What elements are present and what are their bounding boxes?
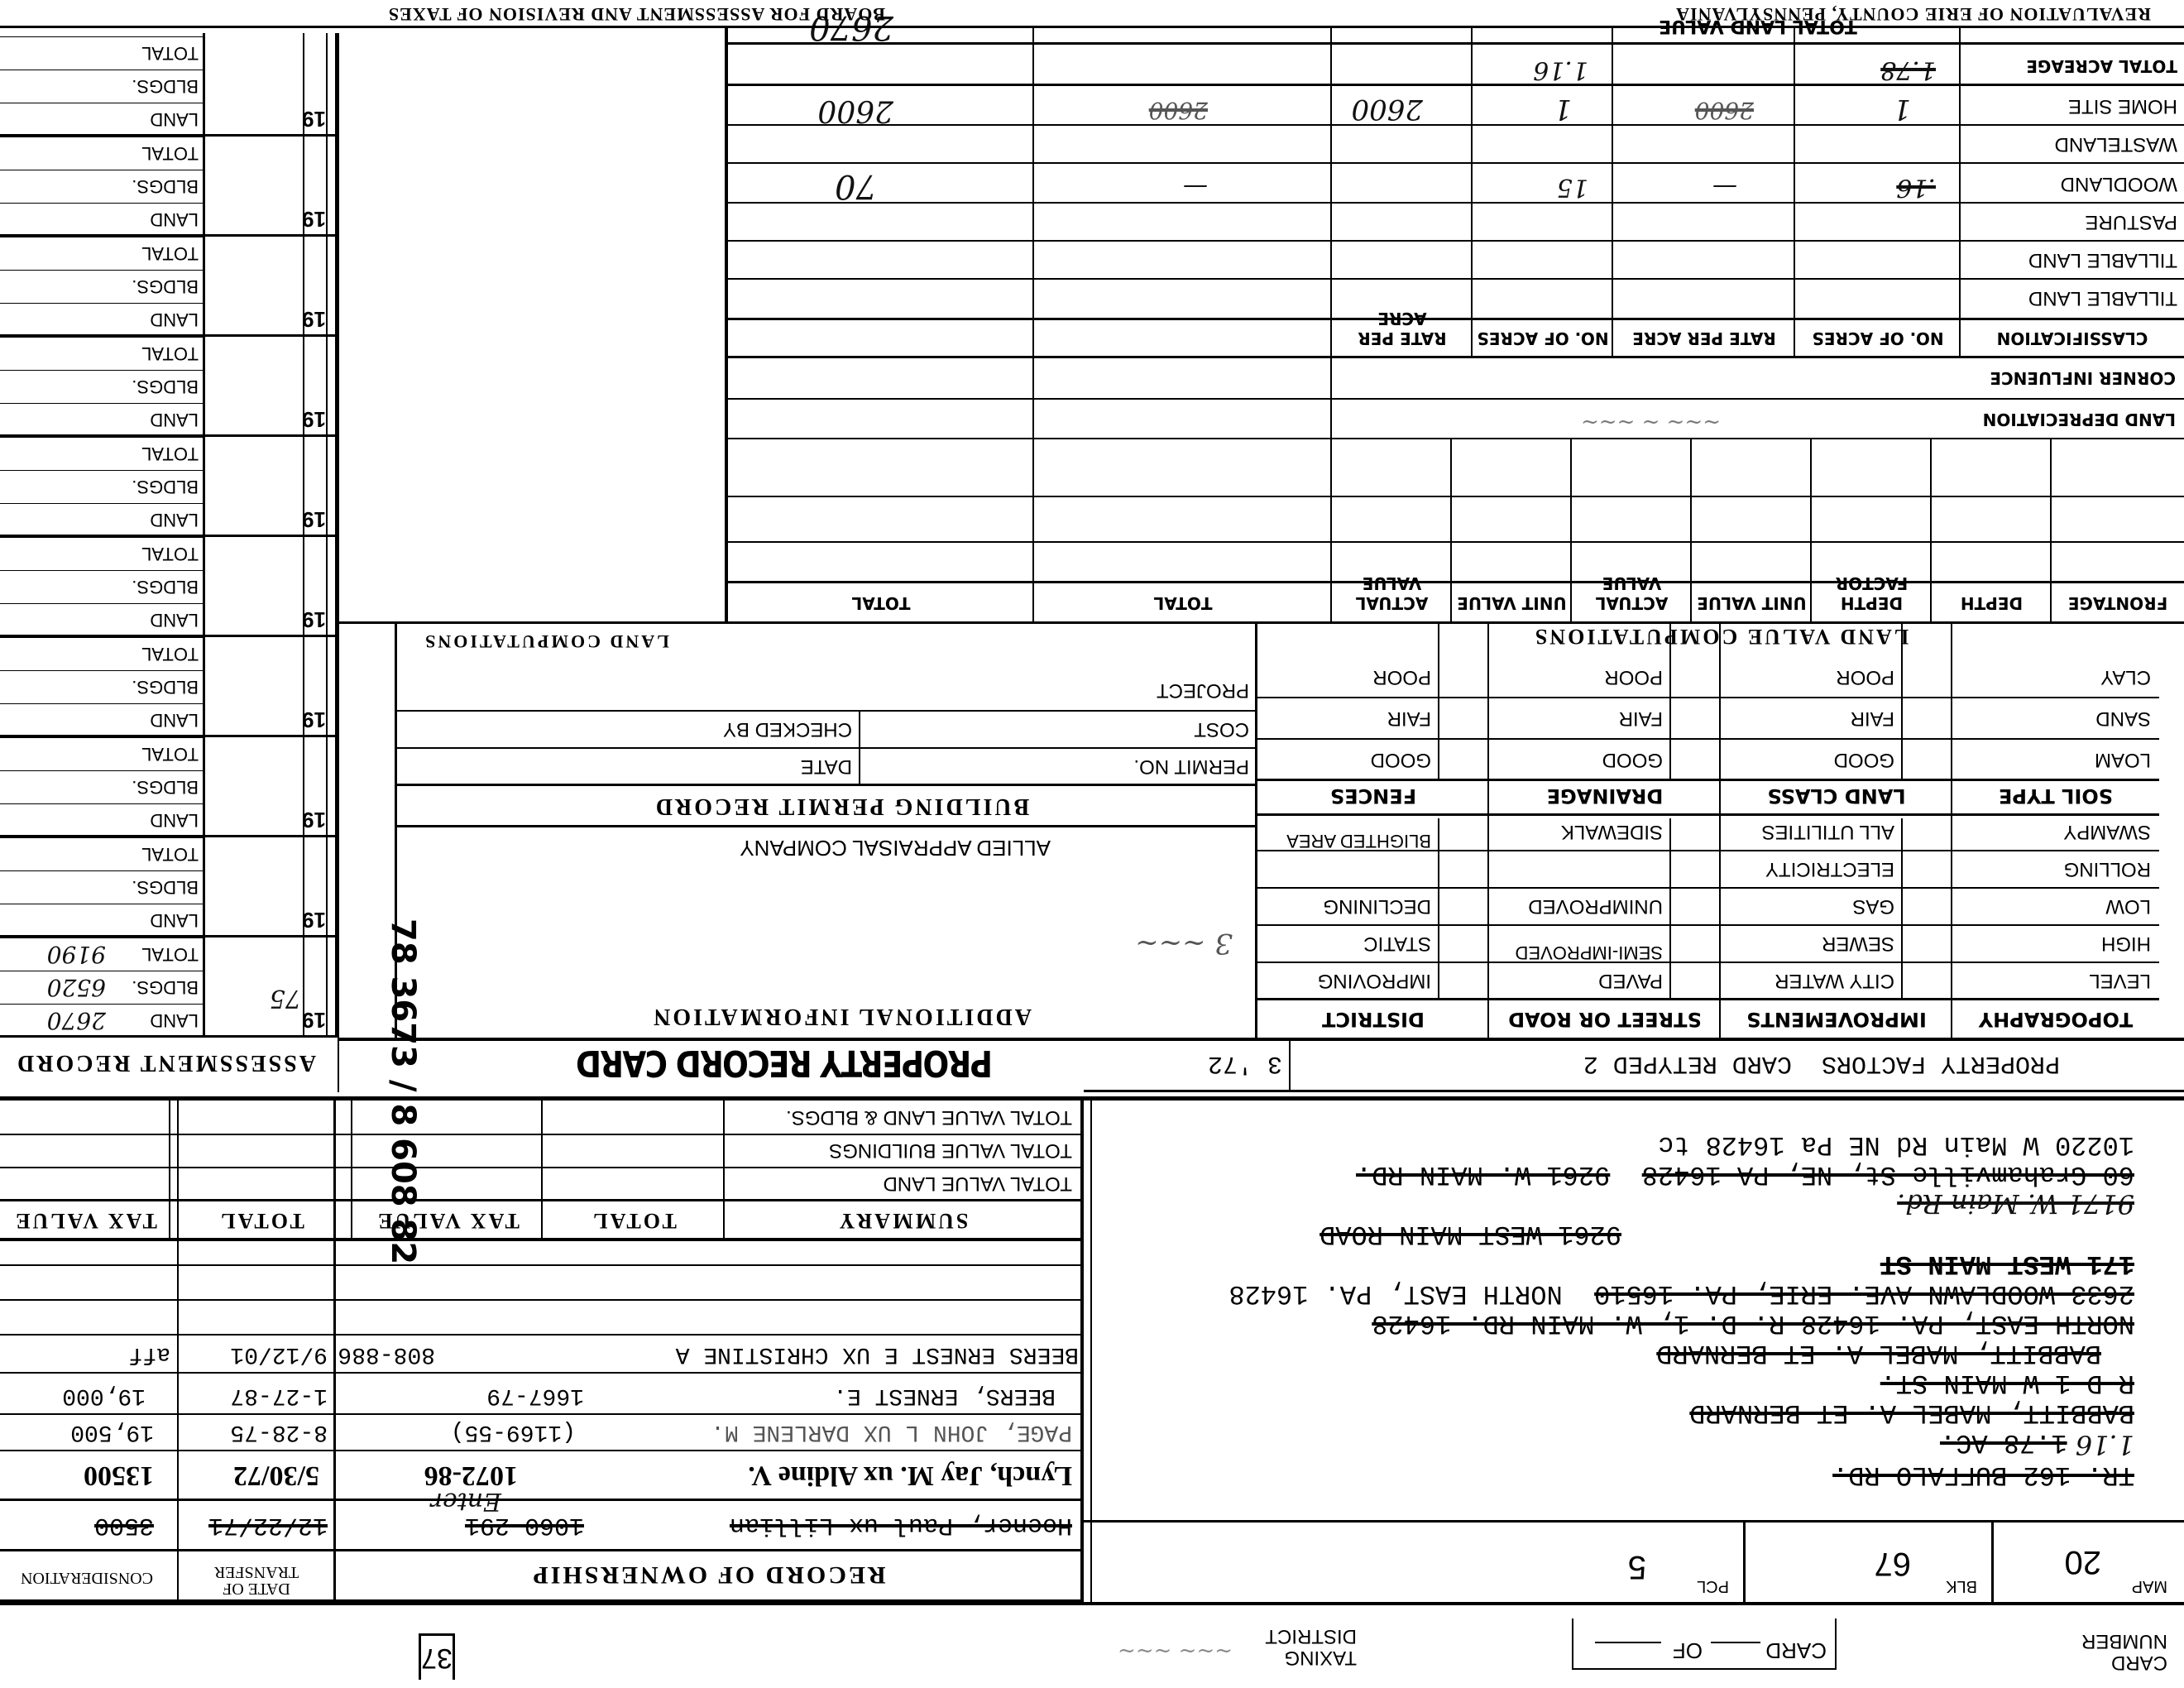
woodland-acres-2: 15 [1557, 173, 1588, 202]
assessment-label-bldgs: BLDGS. [132, 976, 199, 998]
assessment-label-land: LAND [150, 108, 199, 130]
factor-declining[interactable]: DECLINING [1323, 894, 1431, 918]
owner-date: 9/12/01 [230, 1341, 328, 1367]
year-prefix: 19 [302, 707, 326, 732]
owner-consideration: 19,000 [62, 1383, 146, 1408]
assessment-label-bldgs: BLDGS. [132, 476, 199, 497]
pcl-value: 5 [1628, 1548, 1646, 1585]
drainage-fair[interactable]: FAIR [1619, 707, 1663, 730]
summary-header: TAX VALUE [0, 1208, 170, 1233]
summary-row-label: TOTAL VALUE LAND [883, 1172, 1072, 1195]
handwritten-note: 3 ~~~ [1135, 927, 1233, 960]
address-line: 171 WEST MAIN ST [1092, 1249, 2134, 1278]
year-prefix: 19 [302, 406, 326, 432]
assessment-stamp: 78 3673 / 8 608 82 [384, 918, 422, 1264]
assessment-label-total: TOTAL [141, 42, 199, 64]
drainage-good[interactable]: GOOD [1602, 748, 1663, 771]
fences-fair[interactable]: FAIR [1387, 707, 1431, 730]
blk-label: BLK [1946, 1576, 1977, 1595]
address-line: NORTH EAST, PA. 16428 R. D. 1, W. MAIN R… [1092, 1308, 2134, 1338]
assessment-year-block: 19LANDBLDGS.TOTAL [0, 637, 338, 737]
home-site-total-struck: 2600 [1149, 97, 1208, 124]
owner-date: 12/22/71 [208, 1511, 328, 1539]
factor-improving[interactable]: IMPROVING [1318, 969, 1431, 992]
col-fences: FENCES [1257, 784, 1489, 808]
col-drainage: DRAINAGE [1489, 784, 1721, 808]
home-site-acres: 1 [1893, 93, 1911, 126]
factor-all-utilities[interactable]: ALL UTILITIES [1762, 820, 1895, 843]
owner-date: 5/30/72 [233, 1460, 319, 1491]
assessment-year-block: 19LANDBLDGS.TOTAL [0, 137, 338, 237]
owner-deed: 808-886 [338, 1341, 435, 1367]
land-class-poor[interactable]: POOR [1836, 665, 1894, 688]
year-prefix: 19 [302, 1007, 326, 1033]
faded-district-stamp: ~~~ ~~~ [1118, 1638, 1233, 1663]
appraisal-company: ALLIED APPRAISAL COMPANY [740, 835, 1051, 861]
assessment-label-bldgs: BLDGS. [132, 376, 199, 397]
owner-consideration: 13500 [84, 1460, 154, 1491]
owner-date: 8-28-75 [230, 1419, 328, 1445]
owner-consideration: 19,500 [70, 1419, 154, 1445]
year-prefix: 19 [302, 807, 326, 832]
map-label: MAP [2132, 1576, 2167, 1595]
property-factors-label: PROPERTY FACTORS [1822, 1049, 2060, 1077]
property-record-card-title: PROPERTY RECORD CARD [577, 1042, 993, 1084]
assessment-label-land: LAND [150, 509, 199, 530]
additional-info-label: ADDITIONAL INFORMATION [428, 1003, 1255, 1029]
assessment-label-land: LAND [150, 909, 199, 931]
factor-swampy[interactable]: SWAMPY [2063, 820, 2151, 843]
factor-high[interactable]: HIGH [2101, 932, 2151, 955]
assessment-label-land: LAND [150, 409, 199, 430]
assessment-land-value: 2670 [47, 1007, 106, 1034]
assessment-year-block: 19LANDBLDGS.TOTAL [0, 537, 338, 637]
assessment-year-block: 19LANDBLDGS.TOTAL [0, 737, 338, 837]
col-no-of-acres-2: NO. OF ACRES [1473, 328, 1613, 348]
district-code-box: 37 [419, 1633, 455, 1680]
assessment-label-total: TOTAL [141, 943, 199, 965]
owner-deed: 1072-86 [424, 1460, 518, 1491]
card-total-blank[interactable] [1595, 1642, 1661, 1643]
col-topography: TOPOGRAPHY [1952, 1008, 2159, 1031]
assessment-year-block: 1975LANDBLDGS.TOTAL267065209190 [0, 938, 338, 1038]
factor-sewer[interactable]: SEWER [1822, 932, 1894, 955]
address-line: BABBITT, MABEL A. ET BERNARD [1092, 1338, 2134, 1368]
address-line: 1.16 1.78 AC. [1092, 1427, 2134, 1460]
fences-good[interactable]: GOOD [1371, 748, 1431, 771]
consideration-label: CONSIDERATION [0, 1568, 174, 1587]
owner-deed: (1169-55) [451, 1419, 576, 1445]
home-site-rate-struck: 2600 [1695, 97, 1754, 124]
checked-by-label: CHECKED BY [723, 717, 852, 741]
owner-name: PAGE, JOHN L UX DARLENE M. [711, 1419, 1072, 1445]
assessment-year-block: 19LANDBLDGS.TOTAL [0, 437, 338, 537]
assessment-total-value: 9190 [47, 941, 106, 968]
corner-influence-label: CORNER INFLUENCE [1990, 368, 2176, 388]
faded-depreciation-note: ~~~ ~ ~~~ [1581, 410, 1721, 434]
year-prefix: 19 [302, 506, 326, 532]
home-site-acres-2: 1 [1554, 93, 1572, 126]
board-title: BOARD FOR ASSESSMENT AND REVISION OF TAX… [388, 3, 885, 25]
home-site-rate: 2600 [1351, 93, 1423, 126]
land-class-fair[interactable]: FAIR [1851, 707, 1894, 730]
assessment-label-total: TOTAL [141, 242, 199, 264]
assessment-label-bldgs: BLDGS. [132, 276, 199, 297]
year-prefix: 19 [302, 907, 326, 933]
year-stamp: 75 [270, 984, 301, 1013]
factor-low[interactable]: LOW [2105, 894, 2151, 918]
county-title: REVALUATION OF ERIE COUNTY, PENNSYLVANIA [1675, 3, 2151, 25]
assessment-label-total: TOTAL [141, 843, 199, 865]
summary-row-label: TOTAL VALUE LAND & BLDGS. [786, 1105, 1072, 1129]
col-total-2: TOTAL [728, 593, 1034, 613]
year-prefix: 19 [302, 306, 326, 332]
address-line: TR. 162 BUFFALO RD. [1092, 1460, 2134, 1489]
pcl-label: PCL [1697, 1576, 1729, 1595]
retyped-date: 3 '72 [1208, 1049, 1282, 1077]
total-acreage-struck: 1.78 [1880, 55, 1936, 84]
classification-rows: TILLABLE LAND TILLABLE LAND PASTURE WOOD… [728, 36, 2184, 318]
summary-header: TOTAL [170, 1208, 352, 1233]
col-unit-value-2: UNIT VALUE [1452, 593, 1572, 613]
owner-date: 1-27-87 [230, 1383, 328, 1408]
col-land-class: LAND CLASS [1721, 784, 1952, 808]
ownership-title: RECORD OF OWNERSHIP [336, 1561, 1080, 1589]
factor-gas[interactable]: GAS [1852, 894, 1894, 918]
address-line: 9171 W. Main Rd. [1092, 1189, 2134, 1219]
permit-no-label: PERMIT NO. [1133, 755, 1249, 778]
factor-loam[interactable]: LOAM [2095, 748, 2151, 771]
factor-clay[interactable]: CLAY [2100, 665, 2151, 688]
class-tillable-land: TILLABLE LAND [2028, 286, 2177, 309]
col-street-or-road: STREET OR ROAD [1489, 1008, 1721, 1031]
address-line: 60 Grahamville St, NE, PA 16428 9261 W. … [1092, 1159, 2134, 1189]
assessment-label-bldgs: BLDGS. [132, 175, 199, 197]
address-line: BABBITT, MABEL A. ET BERNARD [1092, 1398, 2134, 1427]
card-retyped-label: CARD RETYPED 2 [1583, 1049, 1792, 1077]
col-unit-value: UNIT VALUE [1692, 593, 1812, 613]
property-record-card: CARD NUMBER CARD OF TAXING DISTRICT ~~~ … [0, 0, 2184, 1688]
assessment-bldgs-value: 6520 [47, 974, 106, 1001]
owner-name: BEERS ERNEST E UX CHRISTINE A [676, 1341, 1079, 1367]
year-prefix: 19 [302, 607, 326, 632]
class-total-acreage: TOTAL ACREAGE [2026, 56, 2177, 76]
assessment-label-land: LAND [150, 809, 199, 831]
factor-static[interactable]: STATIC [1363, 932, 1431, 955]
fences-poor[interactable]: POOR [1372, 665, 1431, 688]
factor-city-water[interactable]: CITY WATER [1774, 969, 1894, 992]
assessment-label-land: LAND [150, 609, 199, 631]
factor-level[interactable]: LEVEL [2089, 969, 2151, 992]
property-factors-title: PROPERTY FACTORS CARD RETYPED 2 [1583, 1049, 2060, 1077]
class-woodland: WOODLAND [2061, 172, 2177, 195]
owner-note: Enter [431, 1487, 501, 1516]
owner-consideration: 3500 [94, 1511, 154, 1539]
assessment-label-total: TOTAL [141, 643, 199, 664]
col-rate-per-acre: RATE PER ACRE [1613, 328, 1795, 348]
owner-name: Lynch, Jay M. ux Aldine V. [748, 1460, 1072, 1491]
assessment-label-bldgs: BLDGS. [132, 776, 199, 798]
map-value: 20 [2065, 1543, 2102, 1580]
assessment-label-total: TOTAL [141, 443, 199, 464]
col-improvements: IMPROVEMENTS [1721, 1008, 1952, 1031]
land-value-computations-title: LAND VALUE COMPUTATIONS [1257, 624, 2184, 649]
owner-consideration: aff [129, 1341, 170, 1367]
address-line: 10220 W Main Rd NE Pa 16428 tc [1092, 1129, 2134, 1159]
taxing-district-label: TAXING DISTRICT [1233, 1625, 1357, 1668]
col-classification: CLASSIFICATION [1961, 328, 2184, 348]
factor-electricity[interactable]: ELECTRICITY [1765, 857, 1894, 880]
owner-deed: 1667-79 [486, 1383, 584, 1408]
year-prefix: 19 [302, 206, 326, 232]
summary-row-label: TOTAL VALUE BUILDINGS [829, 1139, 1072, 1162]
woodland-rate: — [1712, 173, 1737, 202]
drainage-poor[interactable]: POOR [1604, 665, 1663, 688]
factor-unimproved[interactable]: UNIMPROVED [1528, 894, 1663, 918]
col-frontage: FRONTAGE [2052, 593, 2184, 613]
permit-date-label: DATE [801, 755, 852, 778]
land-class-good[interactable]: GOOD [1834, 748, 1894, 771]
assessment-label-total: TOTAL [141, 343, 199, 364]
owner-name: BEERS, ERNEST E. [833, 1383, 1056, 1408]
address-line: 9261 WEST MAIN ROAD [1092, 1219, 2134, 1249]
class-wasteland: WASTELAND [2055, 132, 2177, 156]
permit-cost-label: COST [1194, 717, 1249, 741]
assessment-record: 1975LANDBLDGS.TOTAL26706520919019LANDBLD… [0, 33, 338, 1038]
class-home-site: HOME SITE [2068, 94, 2177, 117]
assessment-label-land: LAND [150, 1009, 199, 1031]
date-of-transfer-label: DATE OF TRANSFER [182, 1564, 331, 1597]
address-line: R D 1 W MAIN ST. [1092, 1368, 2134, 1398]
col-no-of-acres: NO. OF ACRES [1795, 328, 1961, 348]
assessment-label-land: LAND [150, 309, 199, 330]
factor-rolling[interactable]: ROLLING [2064, 857, 2151, 880]
col-total: TOTAL [1034, 593, 1332, 613]
total-acreage: 1.16 [1533, 55, 1588, 84]
project-label: PROJECT [1157, 679, 1249, 702]
assessment-label-total: TOTAL [141, 743, 199, 765]
col-depth-factor: DEPTH FACTOR [1812, 573, 1932, 613]
card-number-label: CARD NUMBER [2052, 1615, 2167, 1673]
address-block: TR. 162 BUFFALO RD. 1.16 1.78 AC. BABBIT… [1092, 1129, 2134, 1489]
land-computations-label: LAND COMPUTATIONS [389, 631, 703, 652]
property-factors-grid: TOPOGRAPHY IMPROVEMENTS STREET OR ROAD D… [1249, 624, 2159, 1038]
card-number-blank[interactable] [1711, 1642, 1760, 1643]
assessment-label-bldgs: BLDGS. [132, 75, 199, 97]
summary-header: TOTAL [543, 1208, 725, 1233]
class-pasture: PASTURE [2085, 210, 2177, 233]
class-tillable-land-2: TILLABLE LAND [2028, 248, 2177, 271]
assessment-year-block: 19LANDBLDGS.TOTAL [0, 36, 338, 137]
factor-sidewalk[interactable]: SIDEWALK [1561, 820, 1663, 843]
assessment-label-land: LAND [150, 709, 199, 731]
building-permit-label: BUILDING PERMIT RECORD [428, 793, 1255, 819]
factor-blighted-area[interactable]: BLIGHTED AREA [1282, 832, 1431, 849]
year-prefix: 19 [302, 106, 326, 132]
home-site-total: 2600 [817, 94, 893, 127]
factor-semi-improved[interactable]: SEMI-IMPROVED [1497, 944, 1663, 961]
address-line: 2633 WOODLAWN AVE. ERIE, PA. 16510 NORTH… [1092, 1278, 2134, 1308]
assessment-label-total: TOTAL [141, 543, 199, 564]
assessment-year-block: 19LANDBLDGS.TOTAL [0, 237, 338, 337]
assessment-label-land: LAND [150, 209, 199, 230]
col-actual-value: ACTUAL VALUE [1572, 573, 1692, 613]
assessment-label-bldgs: BLDGS. [132, 676, 199, 698]
col-depth: DEPTH [1932, 593, 2052, 613]
land-depreciation-label: LAND DEPRECIATION [1983, 410, 2176, 429]
assessment-year-block: 19LANDBLDGS.TOTAL [0, 837, 338, 938]
blk-value: 67 [1875, 1545, 1912, 1582]
factor-paved[interactable]: PAVED [1598, 969, 1663, 992]
assessment-record-title: ASSESSMENT RECORD [0, 1049, 331, 1076]
assessment-label-bldgs: BLDGS. [132, 576, 199, 597]
assessment-label-bldgs: BLDGS. [132, 876, 199, 898]
of-label: OF [1673, 1638, 1703, 1663]
col-actual-value-2: ACTUAL VALUE [1332, 573, 1452, 613]
assessment-year-block: 19LANDBLDGS.TOTAL [0, 337, 338, 437]
col-district: DISTRICT [1257, 1008, 1489, 1031]
summary-header: TAX VALUE [352, 1208, 543, 1233]
assessment-label-total: TOTAL [141, 142, 199, 164]
col-soil-type: SOIL TYPE [1952, 784, 2159, 808]
card-label: CARD [1765, 1638, 1827, 1663]
woodland-acres: .16 [1896, 173, 1936, 202]
woodland-total: 70 [835, 167, 877, 205]
factor-sand[interactable]: SAND [2095, 707, 2151, 730]
card-of-box: CARD OF [1572, 1618, 1837, 1670]
woodland-total-struck: — [1183, 173, 1208, 202]
summary-header: SUMMARY [725, 1208, 1080, 1233]
summary-table: SUMMARY TOTAL TAX VALUE TOTAL TAX VALUE … [0, 1101, 1080, 1238]
